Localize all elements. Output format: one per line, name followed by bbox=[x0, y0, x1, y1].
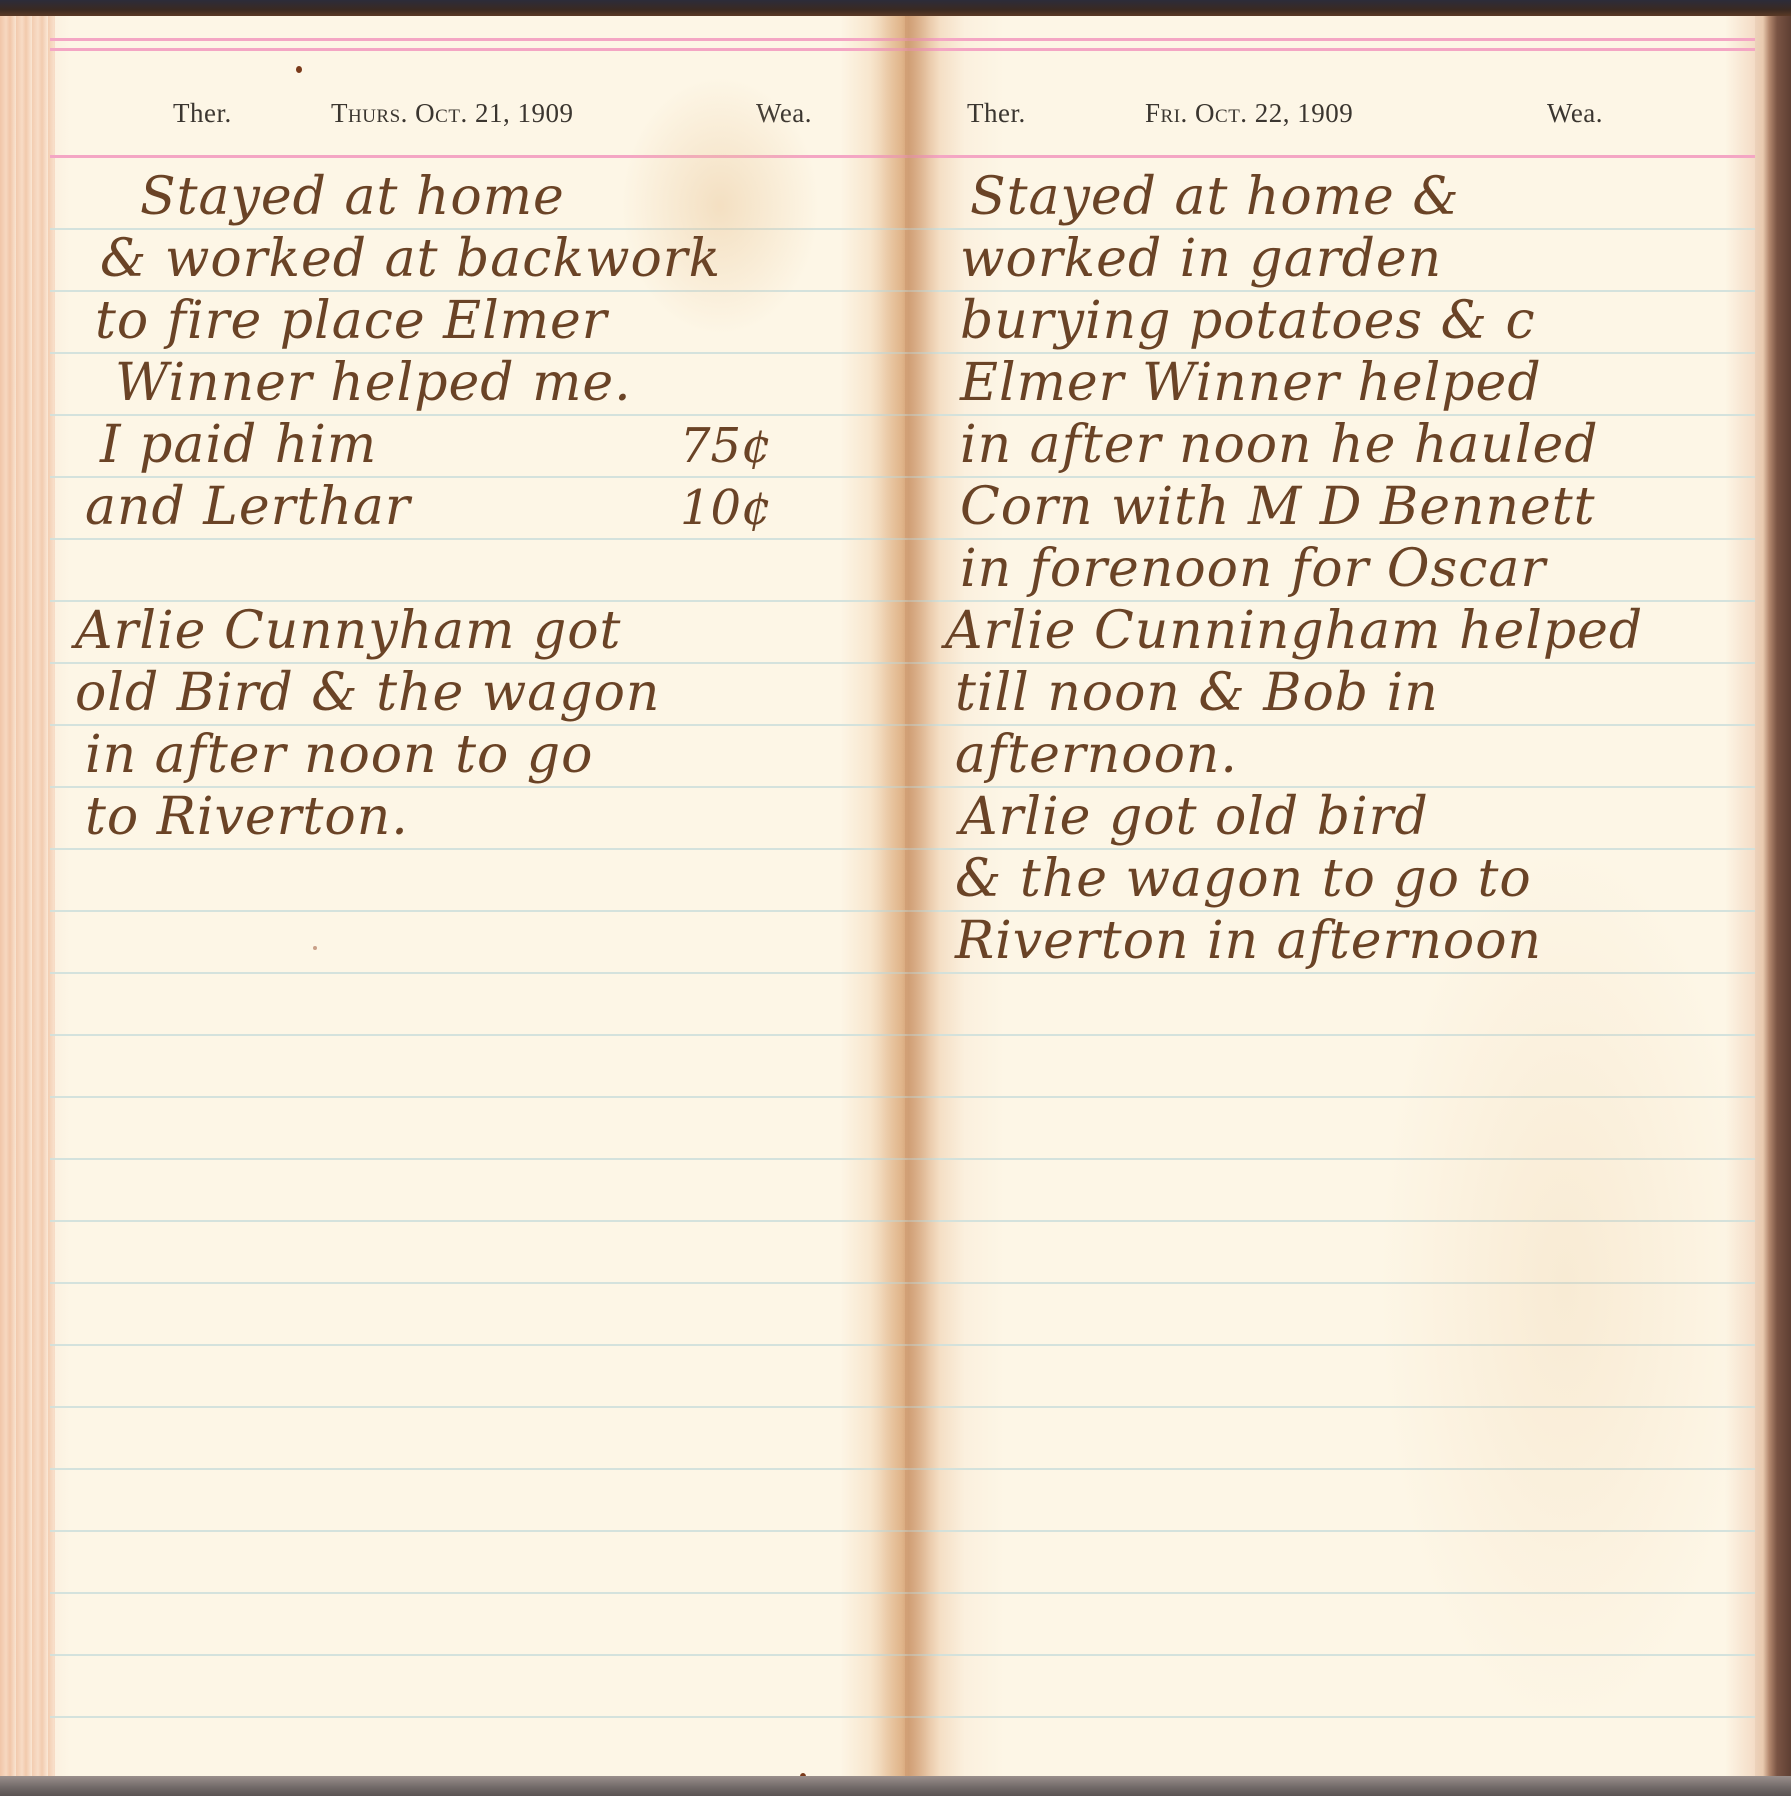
top-double-rule-2 bbox=[905, 48, 1755, 51]
ruled-line bbox=[50, 1220, 905, 1222]
ink-spot bbox=[313, 946, 317, 950]
ruled-line bbox=[50, 1406, 905, 1408]
book-top-edge bbox=[0, 0, 1791, 16]
header-separator-rule bbox=[905, 155, 1755, 158]
book-right-edge bbox=[1755, 16, 1791, 1776]
date-heading: Thurs. Oct. 21, 1909 bbox=[331, 98, 573, 129]
left-page: Ther. Thurs. Oct. 21, 1909 Wea. Stayed a… bbox=[0, 16, 905, 1776]
ink-spot bbox=[296, 66, 302, 73]
ruled-line bbox=[905, 1716, 1755, 1718]
ruled-line bbox=[50, 1096, 905, 1098]
handwritten-line: Arlie Cunningham helped bbox=[945, 600, 1643, 662]
ruled-line bbox=[50, 1034, 905, 1036]
handwritten-line: in after noon to go bbox=[85, 724, 593, 786]
ruled-line bbox=[50, 1530, 905, 1532]
handwritten-line: worked in garden bbox=[960, 228, 1442, 290]
handwritten-line: Corn with M D Bennett bbox=[960, 476, 1596, 538]
date-heading: Fri. Oct. 22, 1909 bbox=[1145, 98, 1353, 129]
handwritten-line: Arlie Cunnyham got bbox=[75, 600, 621, 662]
ruled-line bbox=[50, 1654, 905, 1656]
amount-paid-elmer: 75¢ bbox=[680, 418, 772, 474]
ruled-line bbox=[50, 848, 905, 850]
handwritten-line: in after noon he hauled bbox=[960, 414, 1599, 476]
thermometer-label: Ther. bbox=[173, 98, 232, 129]
ruled-line bbox=[50, 1716, 905, 1718]
handwritten-line: Arlie got old bird bbox=[960, 786, 1429, 848]
handwritten-line: in forenoon for Oscar bbox=[960, 538, 1546, 600]
handwritten-line: Stayed at home bbox=[140, 166, 565, 228]
top-double-rule-2 bbox=[50, 48, 905, 51]
ruled-line bbox=[50, 972, 905, 974]
page-edge-strips bbox=[0, 16, 55, 1776]
handwritten-line: and Lerthar bbox=[85, 476, 411, 538]
handwritten-line: & the wagon to go to bbox=[955, 848, 1532, 910]
book-spine-gutter bbox=[870, 16, 940, 1776]
handwritten-line: to Riverton. bbox=[85, 786, 409, 848]
handwritten-line: Riverton in afternoon bbox=[955, 910, 1542, 972]
water-stain bbox=[620, 76, 820, 336]
right-page-header: Ther. Fri. Oct. 22, 1909 Wea. bbox=[905, 98, 1755, 138]
ruled-line bbox=[50, 1592, 905, 1594]
diary-book: Ther. Thurs. Oct. 21, 1909 Wea. Stayed a… bbox=[0, 0, 1791, 1795]
handwritten-line: till noon & Bob in bbox=[955, 662, 1439, 724]
top-double-rule-1 bbox=[905, 38, 1755, 41]
handwritten-line: afternoon. bbox=[955, 724, 1238, 786]
ruled-line bbox=[50, 1468, 905, 1470]
handwritten-line: Stayed at home & bbox=[970, 166, 1460, 228]
ruled-line bbox=[50, 538, 905, 540]
handwritten-line: Winner helped me. bbox=[115, 352, 632, 414]
handwritten-line: old Bird & the wagon bbox=[75, 662, 660, 724]
weather-label: Wea. bbox=[1547, 98, 1603, 129]
ruled-line bbox=[50, 1344, 905, 1346]
handwritten-line: I paid him bbox=[100, 414, 377, 476]
top-double-rule-1 bbox=[50, 38, 905, 41]
thermometer-label: Ther. bbox=[967, 98, 1026, 129]
book-bottom-edge bbox=[0, 1776, 1791, 1796]
amount-paid-lerthar: 10¢ bbox=[680, 480, 772, 536]
ruled-line bbox=[50, 1158, 905, 1160]
right-page: Ther. Fri. Oct. 22, 1909 Wea. Stayed at … bbox=[905, 16, 1755, 1776]
ruled-line bbox=[50, 1282, 905, 1284]
handwritten-line: to fire place Elmer bbox=[95, 290, 608, 352]
handwritten-line: Elmer Winner helped bbox=[960, 352, 1542, 414]
handwritten-line: & worked at backwork bbox=[100, 228, 721, 290]
handwritten-line: burying potatoes & c bbox=[960, 290, 1536, 352]
ruled-line bbox=[50, 910, 905, 912]
